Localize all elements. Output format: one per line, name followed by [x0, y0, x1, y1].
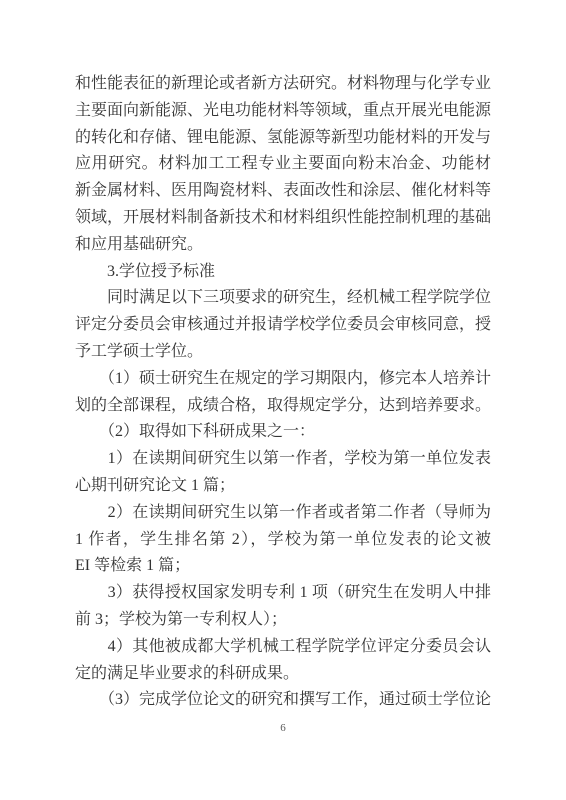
- text-line: EI 等检索 1 篇；: [75, 553, 491, 580]
- text-line: 划的全部课程，成绩合格，取得规定学分，达到培养要求。: [75, 393, 491, 420]
- text-line: 领域，开展材料制备新技术和材料组织性能控制机理的基础: [75, 205, 491, 232]
- text-line: 1 作者，学生排名第 2），学校为第一单位发表的论文被 SCI、: [75, 527, 491, 554]
- text-line: 予工学硕士学位。: [75, 339, 491, 366]
- text-line: （3）完成学位论文的研究和撰写工作，通过硕士学位论: [75, 687, 491, 714]
- text-line: 应用研究。材料加工工程专业主要面向粉末冶金、功能材料、: [75, 151, 491, 178]
- text-line: 定的满足毕业要求的科研成果。: [75, 661, 491, 688]
- document-body: 和性能表征的新理论或者新方法研究。材料物理与化学专业主要面向新能源、光电功能材料…: [75, 71, 491, 714]
- text-line: （2）取得如下科研成果之一：: [75, 419, 491, 446]
- text-line: 和性能表征的新理论或者新方法研究。材料物理与化学专业: [75, 71, 491, 98]
- text-line: （1）硕士研究生在规定的学习期限内，修完本人培养计: [75, 366, 491, 393]
- text-line: 主要面向新能源、光电功能材料等领域，重点开展光电能源: [75, 98, 491, 125]
- text-line: 心期刊研究论文 1 篇；: [75, 473, 491, 500]
- text-line: 的转化和存储、锂电能源、氢能源等新型功能材料的开发与: [75, 125, 491, 152]
- text-line: 和应用基础研究。: [75, 232, 491, 259]
- text-line: 评定分委员会审核通过并报请学校学位委员会审核同意，授: [75, 312, 491, 339]
- text-line: 3.学位授予标准: [75, 259, 491, 286]
- text-line: 3）获得授权国家发明专利 1 项（研究生在发明人中排名: [75, 580, 491, 607]
- text-line: 2）在读期间研究生以第一作者或者第二作者（导师为第: [75, 500, 491, 527]
- text-line: 新金属材料、医用陶瓷材料、表面改性和涂层、催化材料等: [75, 178, 491, 205]
- text-line: 同时满足以下三项要求的研究生，经机械工程学院学位: [75, 285, 491, 312]
- text-line: 1）在读期间研究生以第一作者，学校为第一单位发表核: [75, 446, 491, 473]
- document-page: 和性能表征的新理论或者新方法研究。材料物理与化学专业主要面向新能源、光电功能材料…: [0, 0, 566, 800]
- text-line: 4）其他被成都大学机械工程学院学位评定分委员会认: [75, 634, 491, 661]
- page-number: 6: [0, 722, 566, 734]
- text-line: 前 3；学校为第一专利权人）；: [75, 607, 491, 634]
